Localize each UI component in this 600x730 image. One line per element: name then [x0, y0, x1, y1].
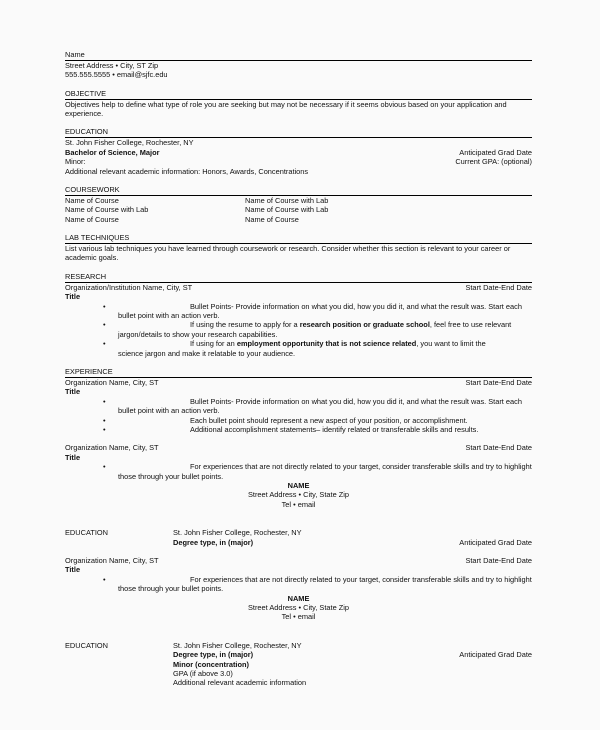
experience-organization: Organization Name, City, ST: [65, 378, 159, 387]
contact-phone-email: 555.555.5555 • email@sjfc.edu: [65, 70, 532, 79]
objective-text: Objectives help to define what type of r…: [65, 100, 532, 119]
bullet-icon: •: [103, 302, 106, 311]
block-contact-tel: Tel • email: [65, 500, 532, 509]
education-degree: Bachelor of Science, Major: [65, 148, 159, 157]
course-name: Name of Course: [245, 215, 299, 224]
bullet-icon: •: [103, 397, 106, 406]
course-name: Name of Course: [65, 215, 245, 224]
experience-bullet: •Each bullet point should represent a ne…: [65, 416, 532, 425]
block-contact-tel: Tel • email: [65, 612, 532, 621]
education2-block: EDUCATION St. John Fisher College, Roche…: [65, 528, 532, 537]
education-grad-date: Anticipated Grad Date: [459, 148, 532, 157]
education-school: St. John Fisher College, Rochester, NY: [65, 138, 532, 147]
block-contact-address: Street Address • City, State Zip: [65, 603, 532, 612]
contact-address: Street Address • City, ST Zip: [65, 61, 532, 70]
section-heading-objective: OBJECTIVE: [65, 89, 532, 100]
research-title: Title: [65, 292, 532, 301]
bullet-icon: •: [103, 416, 106, 425]
education-minor: Minor:: [65, 157, 86, 166]
bullet-icon: •: [103, 575, 106, 584]
experience-bullet: •Bullet Points- Provide information on w…: [65, 397, 532, 416]
experience2-bullet: •For experiences that are not directly r…: [65, 462, 532, 481]
experience3-title: Title: [65, 565, 532, 574]
coursework-row: Name of Course Name of Course with Lab: [65, 196, 532, 205]
education2-school: St. John Fisher College, Rochester, NY: [173, 528, 532, 537]
coursework-row: Name of Course with Lab Name of Course w…: [65, 205, 532, 214]
education2-grad-date: Anticipated Grad Date: [459, 538, 532, 547]
bullet-icon: •: [103, 425, 106, 434]
education3-school: St. John Fisher College, Rochester, NY: [173, 641, 532, 650]
experience2-dates: Start Date-End Date: [465, 443, 532, 452]
education3-degree: Degree type, in (major): [173, 650, 459, 659]
experience2-organization: Organization Name, City, ST: [65, 443, 159, 452]
block-contact-name: NAME: [65, 481, 532, 490]
education3-grad-date: Anticipated Grad Date: [459, 650, 532, 659]
research-bullet: •If using the resume to apply for a rese…: [65, 320, 532, 339]
lab-techniques-text: List various lab techniques you have lea…: [65, 244, 532, 263]
experience-dates: Start Date-End Date: [465, 378, 532, 387]
course-name: Name of Course with Lab: [245, 196, 328, 205]
experience3-organization: Organization Name, City, ST: [65, 556, 159, 565]
course-name: Name of Course with Lab: [245, 205, 328, 214]
education3-minor: Minor (concentration): [173, 660, 532, 669]
section-heading-education: EDUCATION: [65, 127, 532, 138]
contact-name: Name: [65, 50, 532, 61]
course-name: Name of Course: [65, 196, 245, 205]
research-organization: Organization/Institution Name, City, ST: [65, 283, 192, 292]
education2-label: EDUCATION: [65, 528, 173, 537]
bullet-icon: •: [103, 339, 106, 348]
education3-gpa: GPA (if above 3.0): [173, 669, 532, 678]
research-bullet: •Bullet Points- Provide information on w…: [65, 302, 532, 321]
education2-degree: Degree type, in (major): [173, 538, 459, 547]
education-additional: Additional relevant academic information…: [65, 167, 532, 176]
resume-page: Name Street Address • City, ST Zip 555.5…: [65, 50, 532, 688]
bullet-icon: •: [103, 462, 106, 471]
experience-title: Title: [65, 387, 532, 396]
bullet-icon: •: [103, 320, 106, 329]
block-contact-name: NAME: [65, 594, 532, 603]
education3-label: EDUCATION: [65, 641, 173, 650]
section-heading-experience: EXPERIENCE: [65, 367, 532, 378]
block-contact-address: Street Address • City, State Zip: [65, 490, 532, 499]
experience2-title: Title: [65, 453, 532, 462]
coursework-row: Name of Course Name of Course: [65, 215, 532, 224]
education-gpa: Current GPA: (optional): [455, 157, 532, 166]
section-heading-coursework: COURSEWORK: [65, 185, 532, 196]
research-dates: Start Date-End Date: [465, 283, 532, 292]
experience3-bullet: •For experiences that are not directly r…: [65, 575, 532, 594]
research-bullet: •If using for an employment opportunity …: [65, 339, 532, 358]
section-heading-lab-techniques: LAB TECHNIQUES: [65, 233, 532, 244]
course-name: Name of Course with Lab: [65, 205, 245, 214]
experience3-dates: Start Date-End Date: [465, 556, 532, 565]
section-heading-research: RESEARCH: [65, 272, 532, 283]
experience-bullet: •Additional accomplishment statements– i…: [65, 425, 532, 434]
education3-additional: Additional relevant academic information: [173, 678, 532, 687]
